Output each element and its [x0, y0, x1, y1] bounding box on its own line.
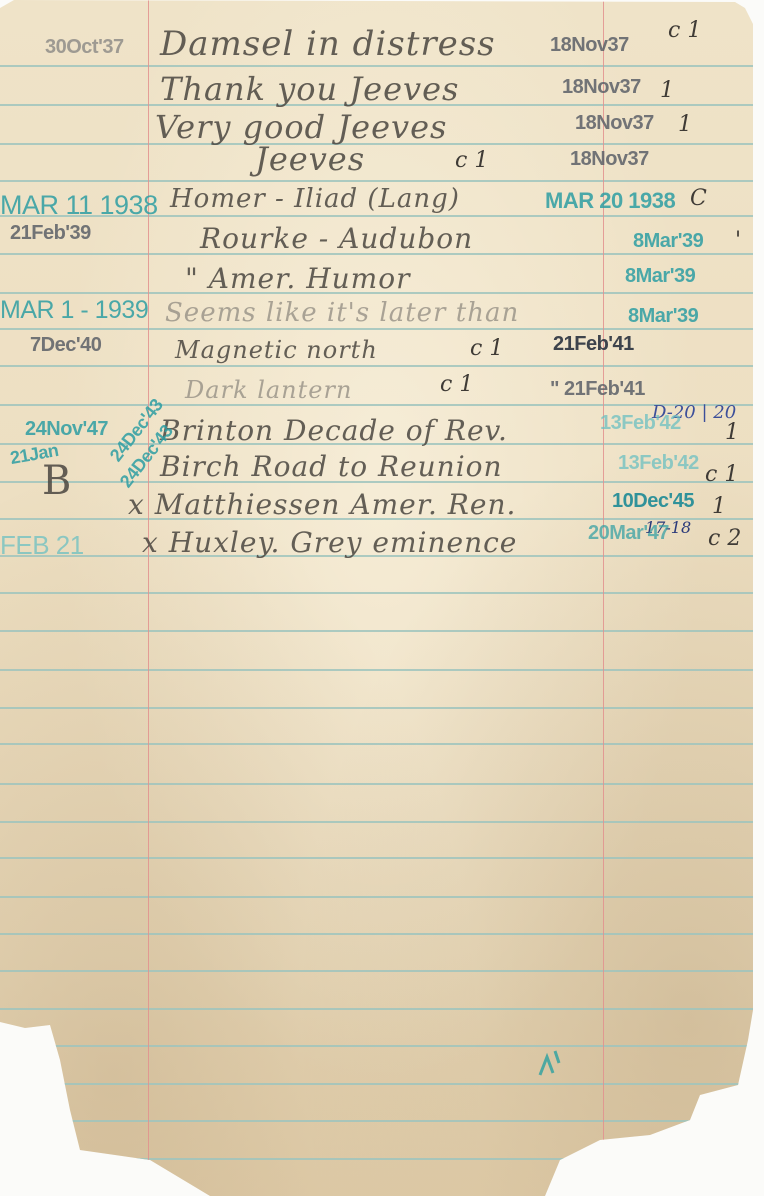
rule-line — [0, 857, 764, 859]
library-card: c 1 Damsel in distress Thank you Jeeves … — [0, 0, 764, 1196]
rule-line — [0, 404, 764, 406]
date-stamp: 8Mar'39 — [625, 265, 695, 288]
entry-title: Rourke - Audubon — [200, 222, 473, 255]
copy-mark: c 1 — [470, 336, 503, 361]
entry-title: Jeeves — [255, 140, 365, 178]
date-stamp: MAR 20 1938 — [545, 188, 675, 214]
date-stamp: 30Oct'37 — [45, 36, 124, 59]
rule-line — [0, 1158, 764, 1160]
date-stamp: 21Feb'39 — [10, 222, 91, 245]
ink-smudge-icon — [535, 1045, 565, 1085]
date-stamp: 24Nov'47 — [25, 418, 108, 441]
rule-line — [0, 1045, 764, 1047]
date-stamp: 10Dec'45 — [612, 490, 694, 513]
copy-mark: c 2 — [708, 526, 741, 551]
entry-title: Birch Road to Reunion — [160, 450, 503, 483]
entry-title: x Huxley. Grey eminence — [142, 526, 517, 559]
rule-line — [0, 1008, 764, 1010]
entry-title: Dark lantern — [185, 376, 352, 404]
copy-mark: 1 — [660, 78, 674, 103]
date-stamp: MAR 11 1938 — [0, 190, 158, 221]
rule-line — [0, 365, 764, 367]
entry-title: Seems like it's later than — [165, 298, 519, 328]
rule-line — [0, 592, 764, 594]
date-stamp: 7Dec'40 — [30, 334, 101, 357]
copy-mark: 1 — [725, 420, 739, 445]
left-margin-line — [148, 0, 149, 1196]
date-stamp: 18Nov37 — [575, 112, 654, 135]
rule-line — [0, 328, 764, 330]
rule-line — [0, 65, 764, 67]
entry-title: Damsel in distress — [160, 24, 496, 64]
date-stamp: 18Nov37 — [570, 148, 649, 171]
rule-line — [0, 180, 764, 182]
copy-mark: ' — [735, 228, 741, 253]
rule-line — [0, 669, 764, 671]
corner-note: c 1 — [668, 18, 701, 43]
rule-line — [0, 743, 764, 745]
entry-title: x Matthiessen Amer. Ren. — [128, 488, 516, 521]
copy-mark: c 1 — [705, 462, 738, 487]
date-stamp: FEB 21 — [0, 530, 84, 561]
entry-title: " Amer. Humor — [185, 262, 410, 295]
rule-line — [0, 707, 764, 709]
copy-mark: C — [690, 186, 707, 211]
rule-line — [0, 783, 764, 785]
rule-line — [0, 630, 764, 632]
date-stamp: 13Feb'42 — [618, 452, 699, 475]
date-stamp: " 21Feb'41 — [550, 378, 645, 401]
entry-title: Magnetic north — [175, 336, 378, 364]
date-stamp: 18Nov37 — [550, 34, 629, 57]
entry-title: Homer - Iliad (Lang) — [170, 184, 460, 214]
date-stamp: 8Mar'39 — [633, 230, 703, 253]
date-stamp: MAR 1 - 1939 — [0, 296, 148, 325]
rule-line — [0, 1120, 764, 1122]
entry-title: Thank you Jeeves — [160, 70, 459, 108]
date-stamp: 13Feb'42 — [600, 412, 681, 435]
date-stamp: 18Nov37 — [562, 76, 641, 99]
rule-line — [0, 933, 764, 935]
date-stamp: 8Mar'39 — [628, 305, 698, 328]
copy-mark: c 1 — [440, 372, 473, 397]
right-margin-line — [603, 0, 604, 1196]
rule-line — [0, 821, 764, 823]
entry-title: Brinton Decade of Rev. — [160, 414, 508, 447]
rule-line — [0, 896, 764, 898]
copy-mark: c 1 — [455, 148, 488, 173]
margin-letter: B — [42, 458, 72, 504]
copy-mark: 1 — [678, 112, 692, 137]
rule-line — [0, 1083, 764, 1085]
date-stamp: 21Feb'41 — [553, 333, 634, 356]
rule-line — [0, 970, 764, 972]
date-stamp: 20Mar'47 — [588, 522, 669, 545]
copy-mark: 1 — [712, 494, 726, 519]
